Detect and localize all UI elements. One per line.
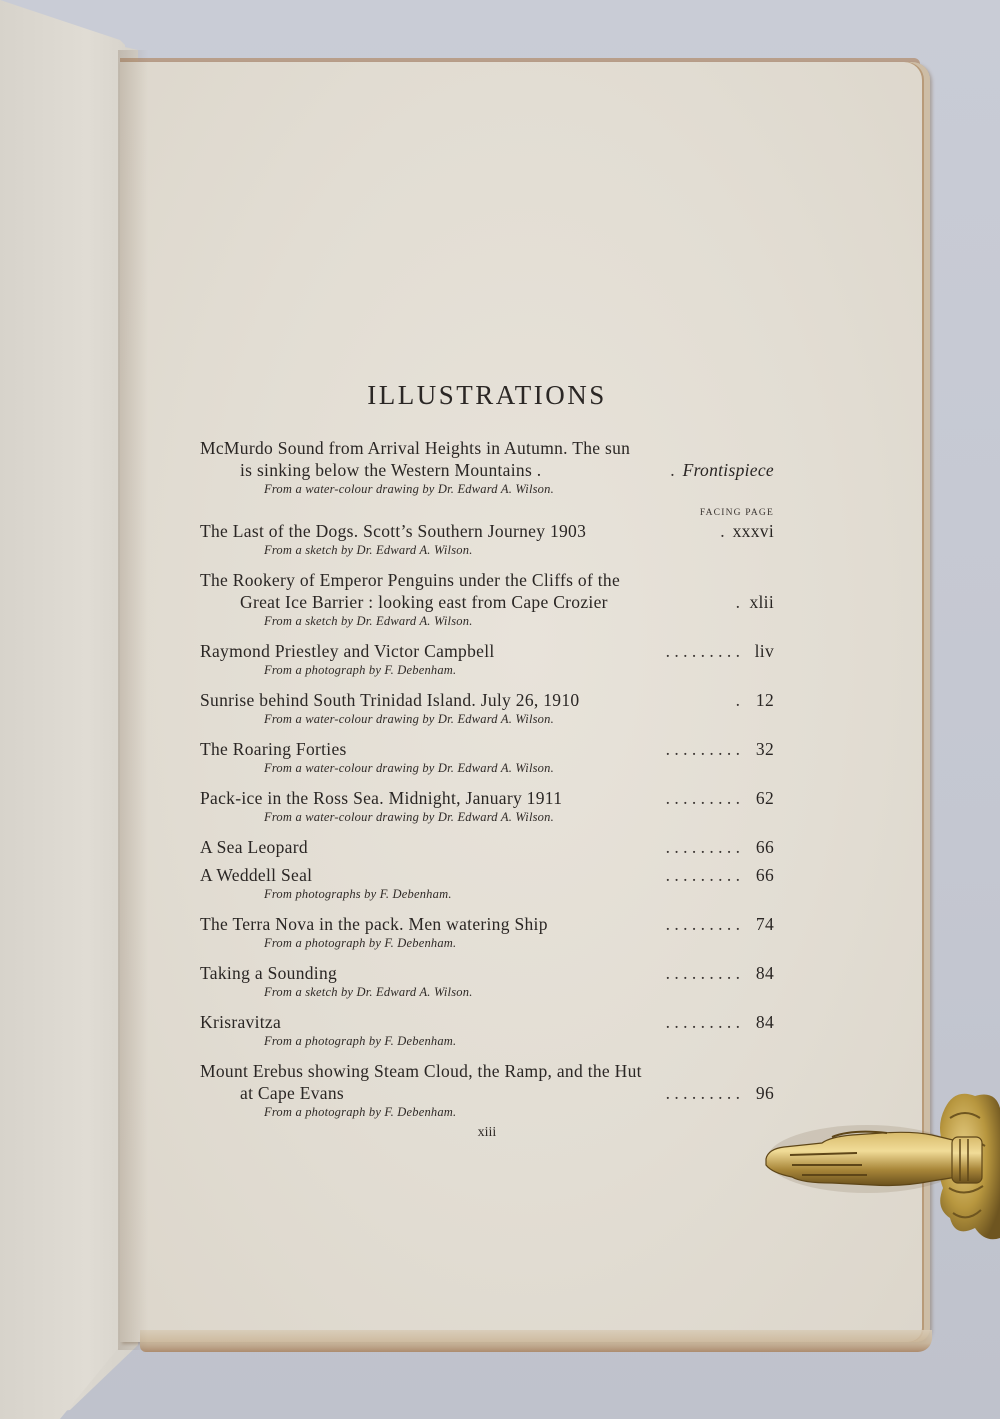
entry-page: 12	[748, 689, 774, 711]
page-bottom-edge	[140, 1330, 932, 1352]
list-item: The Roaring Forties. . . . . . . . .32 F…	[200, 738, 774, 777]
entry-title-line: The Terra Nova in the pack. Men watering…	[200, 913, 548, 935]
entry-title-line: Great Ice Barrier : looking east from Ca…	[200, 591, 608, 613]
entry-title-line: A Weddell Seal	[200, 864, 312, 886]
dot-leaders: . . . . . . . . .	[495, 640, 748, 662]
entry-page: Frontispiece	[683, 459, 774, 481]
entry-title-line: The Roaring Forties	[200, 738, 347, 760]
entry-title-line: Krisravitza	[200, 1011, 281, 1033]
entry-page: 66	[748, 864, 774, 886]
list-item: Sunrise behind South Trinidad Island. Ju…	[200, 689, 774, 728]
dot-leaders: .	[586, 520, 732, 542]
entry-page: 62	[748, 787, 774, 809]
page-number: xiii	[200, 1125, 774, 1141]
list-item: The Last of the Dogs. Scott’s Southern J…	[200, 520, 774, 559]
illustrations-list: ILLUSTRATIONS McMurdo Sound from Arrival…	[200, 380, 774, 1141]
entry-credit: From a sketch by Dr. Edward A. Wilson.	[200, 542, 774, 559]
dot-leaders: . . . . . . . . .	[344, 1082, 748, 1104]
entry-credit: From a photograph by F. Debenham.	[200, 1033, 774, 1050]
facing-page-label: FACING PAGE	[200, 508, 774, 518]
entry-page: 96	[748, 1082, 774, 1104]
dot-leaders: . . . . . . . . .	[312, 864, 748, 886]
entry-credit: From a photograph by F. Debenham.	[200, 935, 774, 952]
entry-credit: From a water-colour drawing by Dr. Edwar…	[200, 481, 774, 498]
entry-page: 84	[748, 962, 774, 984]
dot-leaders: . . . . . . . . .	[308, 836, 748, 858]
list-item: McMurdo Sound from Arrival Heights in Au…	[200, 437, 774, 498]
entry-page: xlii	[748, 591, 774, 613]
left-page-cover	[0, 0, 127, 1419]
page-title: ILLUSTRATIONS	[200, 380, 774, 411]
entry-page: 66	[748, 836, 774, 858]
entry-credit: From a sketch by Dr. Edward A. Wilson.	[200, 984, 774, 1001]
dot-leaders: .	[541, 459, 682, 481]
dot-leaders: . . . . . . . . .	[548, 913, 748, 935]
list-item: Taking a Sounding. . . . . . . . .84 Fro…	[200, 962, 774, 1001]
list-item: Raymond Priestley and Victor Campbell. .…	[200, 640, 774, 679]
gutter-shadow	[118, 50, 148, 1350]
entry-title-line: Taking a Sounding	[200, 962, 337, 984]
entry-credit: From a water-colour drawing by Dr. Edwar…	[200, 809, 774, 826]
list-item: The Terra Nova in the pack. Men watering…	[200, 913, 774, 952]
entry-page: 32	[748, 738, 774, 760]
list-item: A Sea Leopard. . . . . . . . .66	[200, 836, 774, 858]
entry-credit: From a sketch by Dr. Edward A. Wilson.	[200, 613, 774, 630]
list-item: Pack-ice in the Ross Sea. Midnight, Janu…	[200, 787, 774, 826]
dot-leaders: . . . . . . . . .	[337, 962, 748, 984]
list-item: A Weddell Seal. . . . . . . . .66 From p…	[200, 864, 774, 903]
entry-title-line: at Cape Evans	[200, 1082, 344, 1104]
entry-page: 84	[748, 1011, 774, 1033]
entry-title-line: Sunrise behind South Trinidad Island. Ju…	[200, 689, 579, 711]
entry-page: 74	[748, 913, 774, 935]
entry-page: liv	[748, 640, 774, 662]
dot-leaders: . . . . . . . . .	[347, 738, 748, 760]
entry-credit: From a water-colour drawing by Dr. Edwar…	[200, 711, 774, 728]
entry-title-line: The Last of the Dogs. Scott’s Southern J…	[200, 520, 586, 542]
entry-title-line: Mount Erebus showing Steam Cloud, the Ra…	[200, 1060, 642, 1082]
entry-title-line: A Sea Leopard	[200, 836, 308, 858]
list-item: The Rookery of Emperor Penguins under th…	[200, 569, 774, 630]
dot-leaders: .	[608, 591, 748, 613]
entry-credit: From a photograph by F. Debenham.	[200, 1104, 774, 1121]
entry-credit: From a water-colour drawing by Dr. Edwar…	[200, 760, 774, 777]
entry-title-line: Pack-ice in the Ross Sea. Midnight, Janu…	[200, 787, 562, 809]
entry-credit: From a photograph by F. Debenham.	[200, 662, 774, 679]
list-item: Krisravitza. . . . . . . . .84 From a ph…	[200, 1011, 774, 1050]
entry-title-line: The Rookery of Emperor Penguins under th…	[200, 569, 620, 591]
dot-leaders: . . . . . . . . .	[281, 1011, 748, 1033]
entry-title-line: McMurdo Sound from Arrival Heights in Au…	[200, 437, 630, 459]
entry-page: xxxvi	[733, 520, 774, 542]
entry-credit: From photographs by F. Debenham.	[200, 886, 774, 903]
entry-title-line: Raymond Priestley and Victor Campbell	[200, 640, 495, 662]
entry-title-line: is sinking below the Western Mountains .	[200, 459, 541, 481]
dot-leaders: . . . . . . . . .	[562, 787, 748, 809]
list-item: Mount Erebus showing Steam Cloud, the Ra…	[200, 1060, 774, 1121]
dot-leaders: .	[579, 689, 748, 711]
brass-hand-page-clip-icon	[762, 1115, 1000, 1195]
